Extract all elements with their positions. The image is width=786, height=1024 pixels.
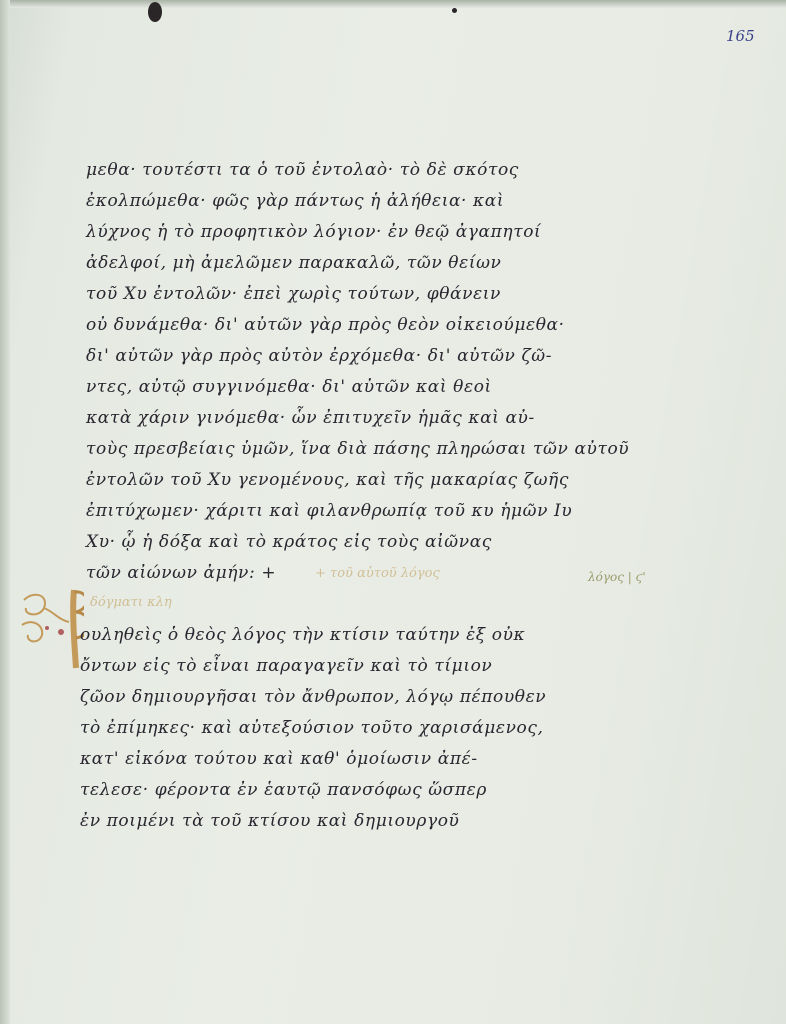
text-line: ζῶον δημιουργῆσαι τὸν ἄνθρωπον, λόγῳ πέπ… [80,682,546,713]
page-top-edge [0,0,786,8]
page-left-edge [0,0,10,1024]
text-line: ἐπιτύχωμεν· χάριτι καὶ φιλανθρωπίᾳ τοῦ κ… [86,496,629,527]
faded-rubric: δόγματι κλη [90,595,172,610]
text-line: ἐντολῶν τοῦ Χυ γενομένους, καὶ τῆς μακαρ… [86,465,629,496]
text-line: κατὰ χάριν γινόμεθα· ὧν ἐπιτυχεῖν ἡμᾶς κ… [86,403,629,434]
ink-stain [148,2,162,22]
text-line: λύχνος ἡ τὸ προφητικὸν λόγιον· ἐν θεῷ ἀγ… [86,217,629,248]
text-block-lower: ουληθεὶς ὁ θεὸς λόγος τὴν κτίσιν ταύτην … [80,620,546,837]
text-line: ἐν ποιμένι τὰ τοῦ κτίσου καὶ δημιουργοῦ [80,806,546,837]
marginal-note: λόγος | ϛ' [588,570,646,584]
text-line: τοῦ Χυ ἐντολῶν· ἐπεὶ χωρὶς τούτων, φθάνε… [86,279,629,310]
text-line: δι' αὐτῶν γὰρ πρὸς αὐτὸν ἐρχόμεθα· δι' α… [86,341,629,372]
text-line: μεθα· τουτέστι τα ὁ τοῦ ἐντολαὸ· τὸ δὲ σ… [86,155,629,186]
text-line: τὸ ἐπίμηκες· καὶ αὐτεξούσιον τοῦτο χαρισ… [80,713,546,744]
text-line: τοὺς πρεσβείαις ὑμῶν, ἵνα διὰ πάσης πληρ… [86,434,629,465]
text-line: Χυ· ᾧ ἡ δόξα καὶ τὸ κράτος εἰς τοὺς αἰῶν… [86,527,629,558]
illuminated-initial-icon [14,580,84,670]
ink-dot [452,8,457,13]
text-line: ουληθεὶς ὁ θεὸς λόγος τὴν κτίσιν ταύτην … [80,620,546,651]
manuscript-page: 165 μεθα· τουτέστι τα ὁ τοῦ ἐντολαὸ· τὸ … [0,0,786,1024]
faded-rubric-title: + τοῦ αὐτοῦ λόγος [315,566,440,581]
folio-number: 165 [726,27,755,45]
text-line: οὐ δυνάμεθα· δι' αὐτῶν γὰρ πρὸς θεὸν οἰκ… [86,310,629,341]
text-line: ντες, αὐτῷ συγγινόμεθα· δι' αὐτῶν καὶ θε… [86,372,629,403]
text-line: ἀδελφοί, μὴ ἀμελῶμεν παρακαλῶ, τῶν θείων [86,248,629,279]
text-line: τελεσε· φέροντα ἐν ἑαυτῷ πανσόφως ὥσπερ [80,775,546,806]
text-line: ἐκολπώμεθα· φῶς γὰρ πάντως ἡ ἀλήθεια· κα… [86,186,629,217]
text-block-upper: μεθα· τουτέστι τα ὁ τοῦ ἐντολαὸ· τὸ δὲ σ… [86,155,629,589]
text-line: ὄντων εἰς τὸ εἶναι παραγαγεῖν καὶ τὸ τίμ… [80,651,546,682]
text-line: κατ' εἰκόνα τούτου καὶ καθ' ὁμοίωσιν ἀπέ… [80,744,546,775]
